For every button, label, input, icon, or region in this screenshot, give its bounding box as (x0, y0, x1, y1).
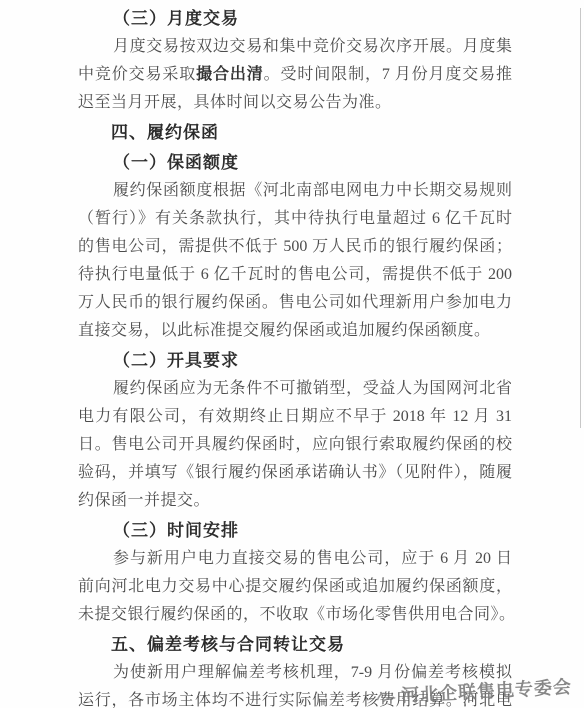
association-logo-icon (374, 686, 399, 705)
body-line: 的售电公司，需提供不低于 500 万人民币的银行履约保函； (78, 233, 512, 261)
body-line: 验码，并填写《银行履约保函承诺确认书》（见附件），随履 (78, 459, 512, 487)
sub-heading: （三）月度交易 (78, 5, 512, 33)
sub-heading: （三）时间安排 (78, 517, 512, 545)
document-content: （三）月度交易月度交易按双边交易和集中竞价交易次序开展。月度集中竞价交易采取撮合… (78, 5, 512, 708)
body-line: 履约保函额度根据《河北南部电网电力中长期交易规则 (78, 177, 512, 205)
body-line: 迟至当月开展，具体时间以交易公告为准。 (78, 89, 512, 117)
body-line: 前向河北电力交易中心提交履约保函或追加履约保函额度， (78, 573, 512, 601)
body-line: 电力有限公司，有效期终止日期应不早于 2018 年 12 月 31 (78, 403, 512, 431)
body-line: 日。售电公司开具履约保函时，应向银行索取履约保函的校 (78, 431, 512, 459)
body-line: 约保函一并提交。 (78, 487, 512, 515)
body-line: 直接交易，以此标准提交履约保函或追加履约保函额度。 (78, 317, 512, 345)
body-line: （暂行）》有关条款执行，其中待执行电量超过 6 亿千瓦时 (78, 205, 512, 233)
body-line: 月度交易按双边交易和集中竞价交易次序开展。月度集 (78, 33, 512, 61)
sub-heading: （二）开具要求 (78, 347, 512, 375)
body-line: 未提交银行履约保函的，不收取《市场化零售供用电合同》。 (78, 601, 512, 629)
section-heading: 四、履约保函 (78, 119, 512, 147)
page-edge-line (580, 8, 581, 428)
section-heading: 五、偏差考核与合同转让交易 (78, 631, 512, 659)
body-line: 履约保函应为无条件不可撤销型，受益人为国网河北省 (78, 375, 512, 403)
sub-heading: （一）保函额度 (78, 149, 512, 177)
page: { "document": { "blocks": [ { "type": "s… (0, 0, 584, 708)
body-line: 万人民币的银行履约保函。售电公司如代理新用户参加电力 (78, 289, 512, 317)
body-line: 中竞价交易采取撮合出清。受时间限制，7 月份月度交易推 (78, 61, 512, 89)
document-page: （三）月度交易月度交易按双边交易和集中竞价交易次序开展。月度集中竞价交易采取撮合… (0, 0, 584, 708)
body-line: 参与新用户电力直接交易的售电公司，应于 6 月 20 日 (78, 545, 512, 573)
body-line: 待执行电量低于 6 亿千瓦时的售电公司，需提供不低于 200 (78, 261, 512, 289)
